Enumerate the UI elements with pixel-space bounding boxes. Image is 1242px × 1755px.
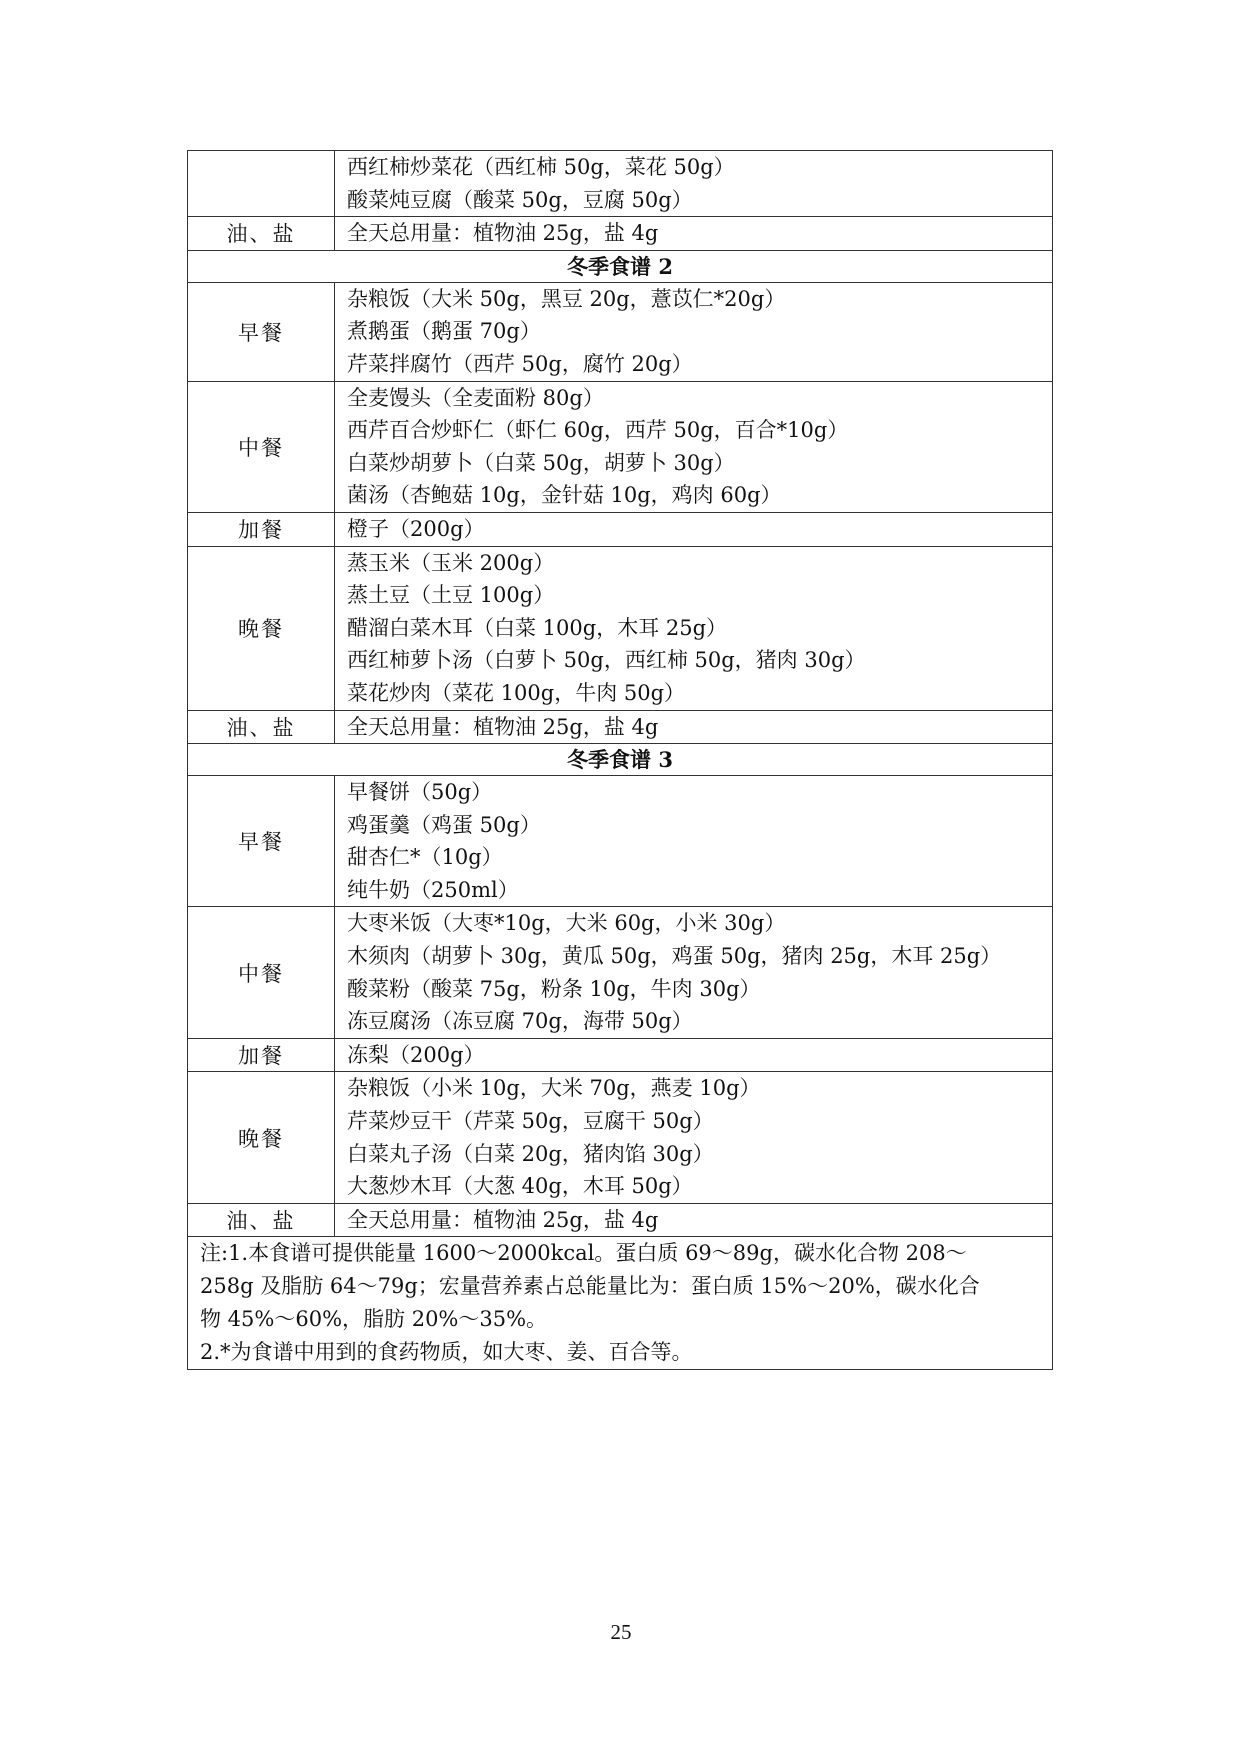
dish-item: 芹菜拌腐竹（西芹 50g，腐竹 20g） — [347, 348, 1040, 381]
meal-label — [188, 151, 335, 217]
dish-item: 纯牛奶（250ml） — [347, 874, 1040, 907]
dish-item: 芹菜炒豆干（芹菜 50g，豆腐干 50g） — [347, 1105, 1040, 1138]
table-row: 加餐 橙子（200g） — [188, 512, 1053, 546]
meal-items: 全麦馒头（全麦面粉 80g） 西芹百合炒虾仁（虾仁 60g，西芹 50g，百合*… — [335, 381, 1053, 512]
meal-label: 中餐 — [188, 381, 335, 512]
dish-item: 鸡蛋羹（鸡蛋 50g） — [347, 809, 1040, 842]
dish-item: 大葱炒木耳（大葱 40g，木耳 50g） — [347, 1170, 1040, 1203]
meal-label: 油、盐 — [188, 710, 335, 744]
meal-label: 早餐 — [188, 776, 335, 907]
footnote: 注:1.本食谱可提供能量 1600～2000kcal。蛋白质 69～89g，碳水… — [188, 1237, 1053, 1370]
table-row: 早餐 早餐饼（50g） 鸡蛋羹（鸡蛋 50g） 甜杏仁*（10g） 纯牛奶（25… — [188, 776, 1053, 907]
section-title: 冬季食谱 3 — [188, 744, 1053, 776]
dish-item: 醋溜白菜木耳（白菜 100g，木耳 25g） — [347, 612, 1040, 645]
meal-items: 蒸玉米（玉米 200g） 蒸土豆（土豆 100g） 醋溜白菜木耳（白菜 100g… — [335, 546, 1053, 710]
dish-item: 菌汤（杏鲍菇 10g，金针菇 10g，鸡肉 60g） — [347, 479, 1040, 512]
meal-label: 加餐 — [188, 1038, 335, 1072]
oil-salt-text: 全天总用量：植物油 25g，盐 4g — [335, 1203, 1053, 1237]
dish-item: 甜杏仁*（10g） — [347, 841, 1040, 874]
dish-item: 西芹百合炒虾仁（虾仁 60g，西芹 50g，百合*10g） — [347, 414, 1040, 447]
dish-item: 蒸玉米（玉米 200g） — [347, 547, 1040, 580]
meal-label: 油、盐 — [188, 1203, 335, 1237]
table-row: 中餐 大枣米饭（大枣*10g，大米 60g，小米 30g） 木须肉（胡萝卜 30… — [188, 907, 1053, 1038]
winter-menu-table: 西红柿炒菜花（西红柿 50g，菜花 50g） 酸菜炖豆腐（酸菜 50g，豆腐 5… — [187, 150, 1053, 1370]
dish-item: 木须肉（胡萝卜 30g，黄瓜 50g，鸡蛋 50g，猪肉 25g，木耳 25g） — [347, 940, 1040, 973]
meal-items: 大枣米饭（大枣*10g，大米 60g，小米 30g） 木须肉（胡萝卜 30g，黄… — [335, 907, 1053, 1038]
table-row: 加餐 冻梨（200g） — [188, 1038, 1053, 1072]
meal-items: 杂粮饭（小米 10g，大米 70g，燕麦 10g） 芹菜炒豆干（芹菜 50g，豆… — [335, 1072, 1053, 1203]
table-row: 油、盐 全天总用量：植物油 25g，盐 4g — [188, 1203, 1053, 1237]
dish-item: 菜花炒肉（菜花 100g，牛肉 50g） — [347, 677, 1040, 710]
meal-label: 晚餐 — [188, 1072, 335, 1203]
dish-item: 冻豆腐汤（冻豆腐 70g，海带 50g） — [347, 1005, 1040, 1038]
footnote-line: 2.*为食谱中用到的食药物质，如大枣、姜、百合等。 — [200, 1336, 1040, 1369]
section-row: 冬季食谱 3 — [188, 744, 1053, 776]
table-row: 晚餐 蒸玉米（玉米 200g） 蒸土豆（土豆 100g） 醋溜白菜木耳（白菜 1… — [188, 546, 1053, 710]
meal-items: 西红柿炒菜花（西红柿 50g，菜花 50g） 酸菜炖豆腐（酸菜 50g，豆腐 5… — [335, 151, 1053, 217]
table-row: 早餐 杂粮饭（大米 50g，黑豆 20g，薏苡仁*20g） 煮鹅蛋（鹅蛋 70g… — [188, 282, 1053, 381]
footnote-line: 物 45%～60%，脂肪 20%～35%。 — [200, 1303, 1040, 1336]
dish-item: 冻梨（200g） — [347, 1039, 1040, 1072]
meal-label: 晚餐 — [188, 546, 335, 710]
meal-label: 加餐 — [188, 512, 335, 546]
dish-item: 西红柿炒菜花（西红柿 50g，菜花 50g） — [347, 151, 1040, 184]
table-row: 油、盐 全天总用量：植物油 25g，盐 4g — [188, 217, 1053, 251]
footnote-line: 注:1.本食谱可提供能量 1600～2000kcal。蛋白质 69～89g，碳水… — [200, 1237, 1040, 1270]
footnote-line: 258g 及脂肪 64～79g；宏量营养素占总能量比为：蛋白质 15%～20%，… — [200, 1270, 1040, 1303]
note-row: 注:1.本食谱可提供能量 1600～2000kcal。蛋白质 69～89g，碳水… — [188, 1237, 1053, 1370]
meal-label: 油、盐 — [188, 217, 335, 251]
meal-items: 早餐饼（50g） 鸡蛋羹（鸡蛋 50g） 甜杏仁*（10g） 纯牛奶（250ml… — [335, 776, 1053, 907]
dish-item: 蒸土豆（土豆 100g） — [347, 579, 1040, 612]
meal-label: 早餐 — [188, 282, 335, 381]
dish-item: 大枣米饭（大枣*10g，大米 60g，小米 30g） — [347, 907, 1040, 940]
dish-item: 早餐饼（50g） — [347, 776, 1040, 809]
document-page: 西红柿炒菜花（西红柿 50g，菜花 50g） 酸菜炖豆腐（酸菜 50g，豆腐 5… — [0, 0, 1242, 1755]
table-row: 晚餐 杂粮饭（小米 10g，大米 70g，燕麦 10g） 芹菜炒豆干（芹菜 50… — [188, 1072, 1053, 1203]
dish-item: 杂粮饭（大米 50g，黑豆 20g，薏苡仁*20g） — [347, 283, 1040, 316]
table-row: 西红柿炒菜花（西红柿 50g，菜花 50g） 酸菜炖豆腐（酸菜 50g，豆腐 5… — [188, 151, 1053, 217]
page-number: 25 — [0, 1620, 1242, 1645]
dish-item: 煮鹅蛋（鹅蛋 70g） — [347, 315, 1040, 348]
dish-item: 酸菜炖豆腐（酸菜 50g，豆腐 50g） — [347, 184, 1040, 217]
dish-item: 白菜丸子汤（白菜 20g，猪肉馅 30g） — [347, 1138, 1040, 1171]
dish-item: 全麦馒头（全麦面粉 80g） — [347, 382, 1040, 415]
dish-item: 橙子（200g） — [347, 513, 1040, 546]
oil-salt-text: 全天总用量：植物油 25g，盐 4g — [335, 217, 1053, 251]
oil-salt-text: 全天总用量：植物油 25g，盐 4g — [335, 710, 1053, 744]
meal-items: 橙子（200g） — [335, 512, 1053, 546]
meal-items: 冻梨（200g） — [335, 1038, 1053, 1072]
dish-item: 白菜炒胡萝卜（白菜 50g，胡萝卜 30g） — [347, 447, 1040, 480]
table-row: 中餐 全麦馒头（全麦面粉 80g） 西芹百合炒虾仁（虾仁 60g，西芹 50g，… — [188, 381, 1053, 512]
dish-item: 西红柿萝卜汤（白萝卜 50g，西红柿 50g，猪肉 30g） — [347, 644, 1040, 677]
dish-item: 杂粮饭（小米 10g，大米 70g，燕麦 10g） — [347, 1072, 1040, 1105]
meal-items: 杂粮饭（大米 50g，黑豆 20g，薏苡仁*20g） 煮鹅蛋（鹅蛋 70g） 芹… — [335, 282, 1053, 381]
section-title: 冬季食谱 2 — [188, 250, 1053, 282]
section-row: 冬季食谱 2 — [188, 250, 1053, 282]
table-row: 油、盐 全天总用量：植物油 25g，盐 4g — [188, 710, 1053, 744]
meal-label: 中餐 — [188, 907, 335, 1038]
dish-item: 酸菜粉（酸菜 75g，粉条 10g，牛肉 30g） — [347, 973, 1040, 1006]
